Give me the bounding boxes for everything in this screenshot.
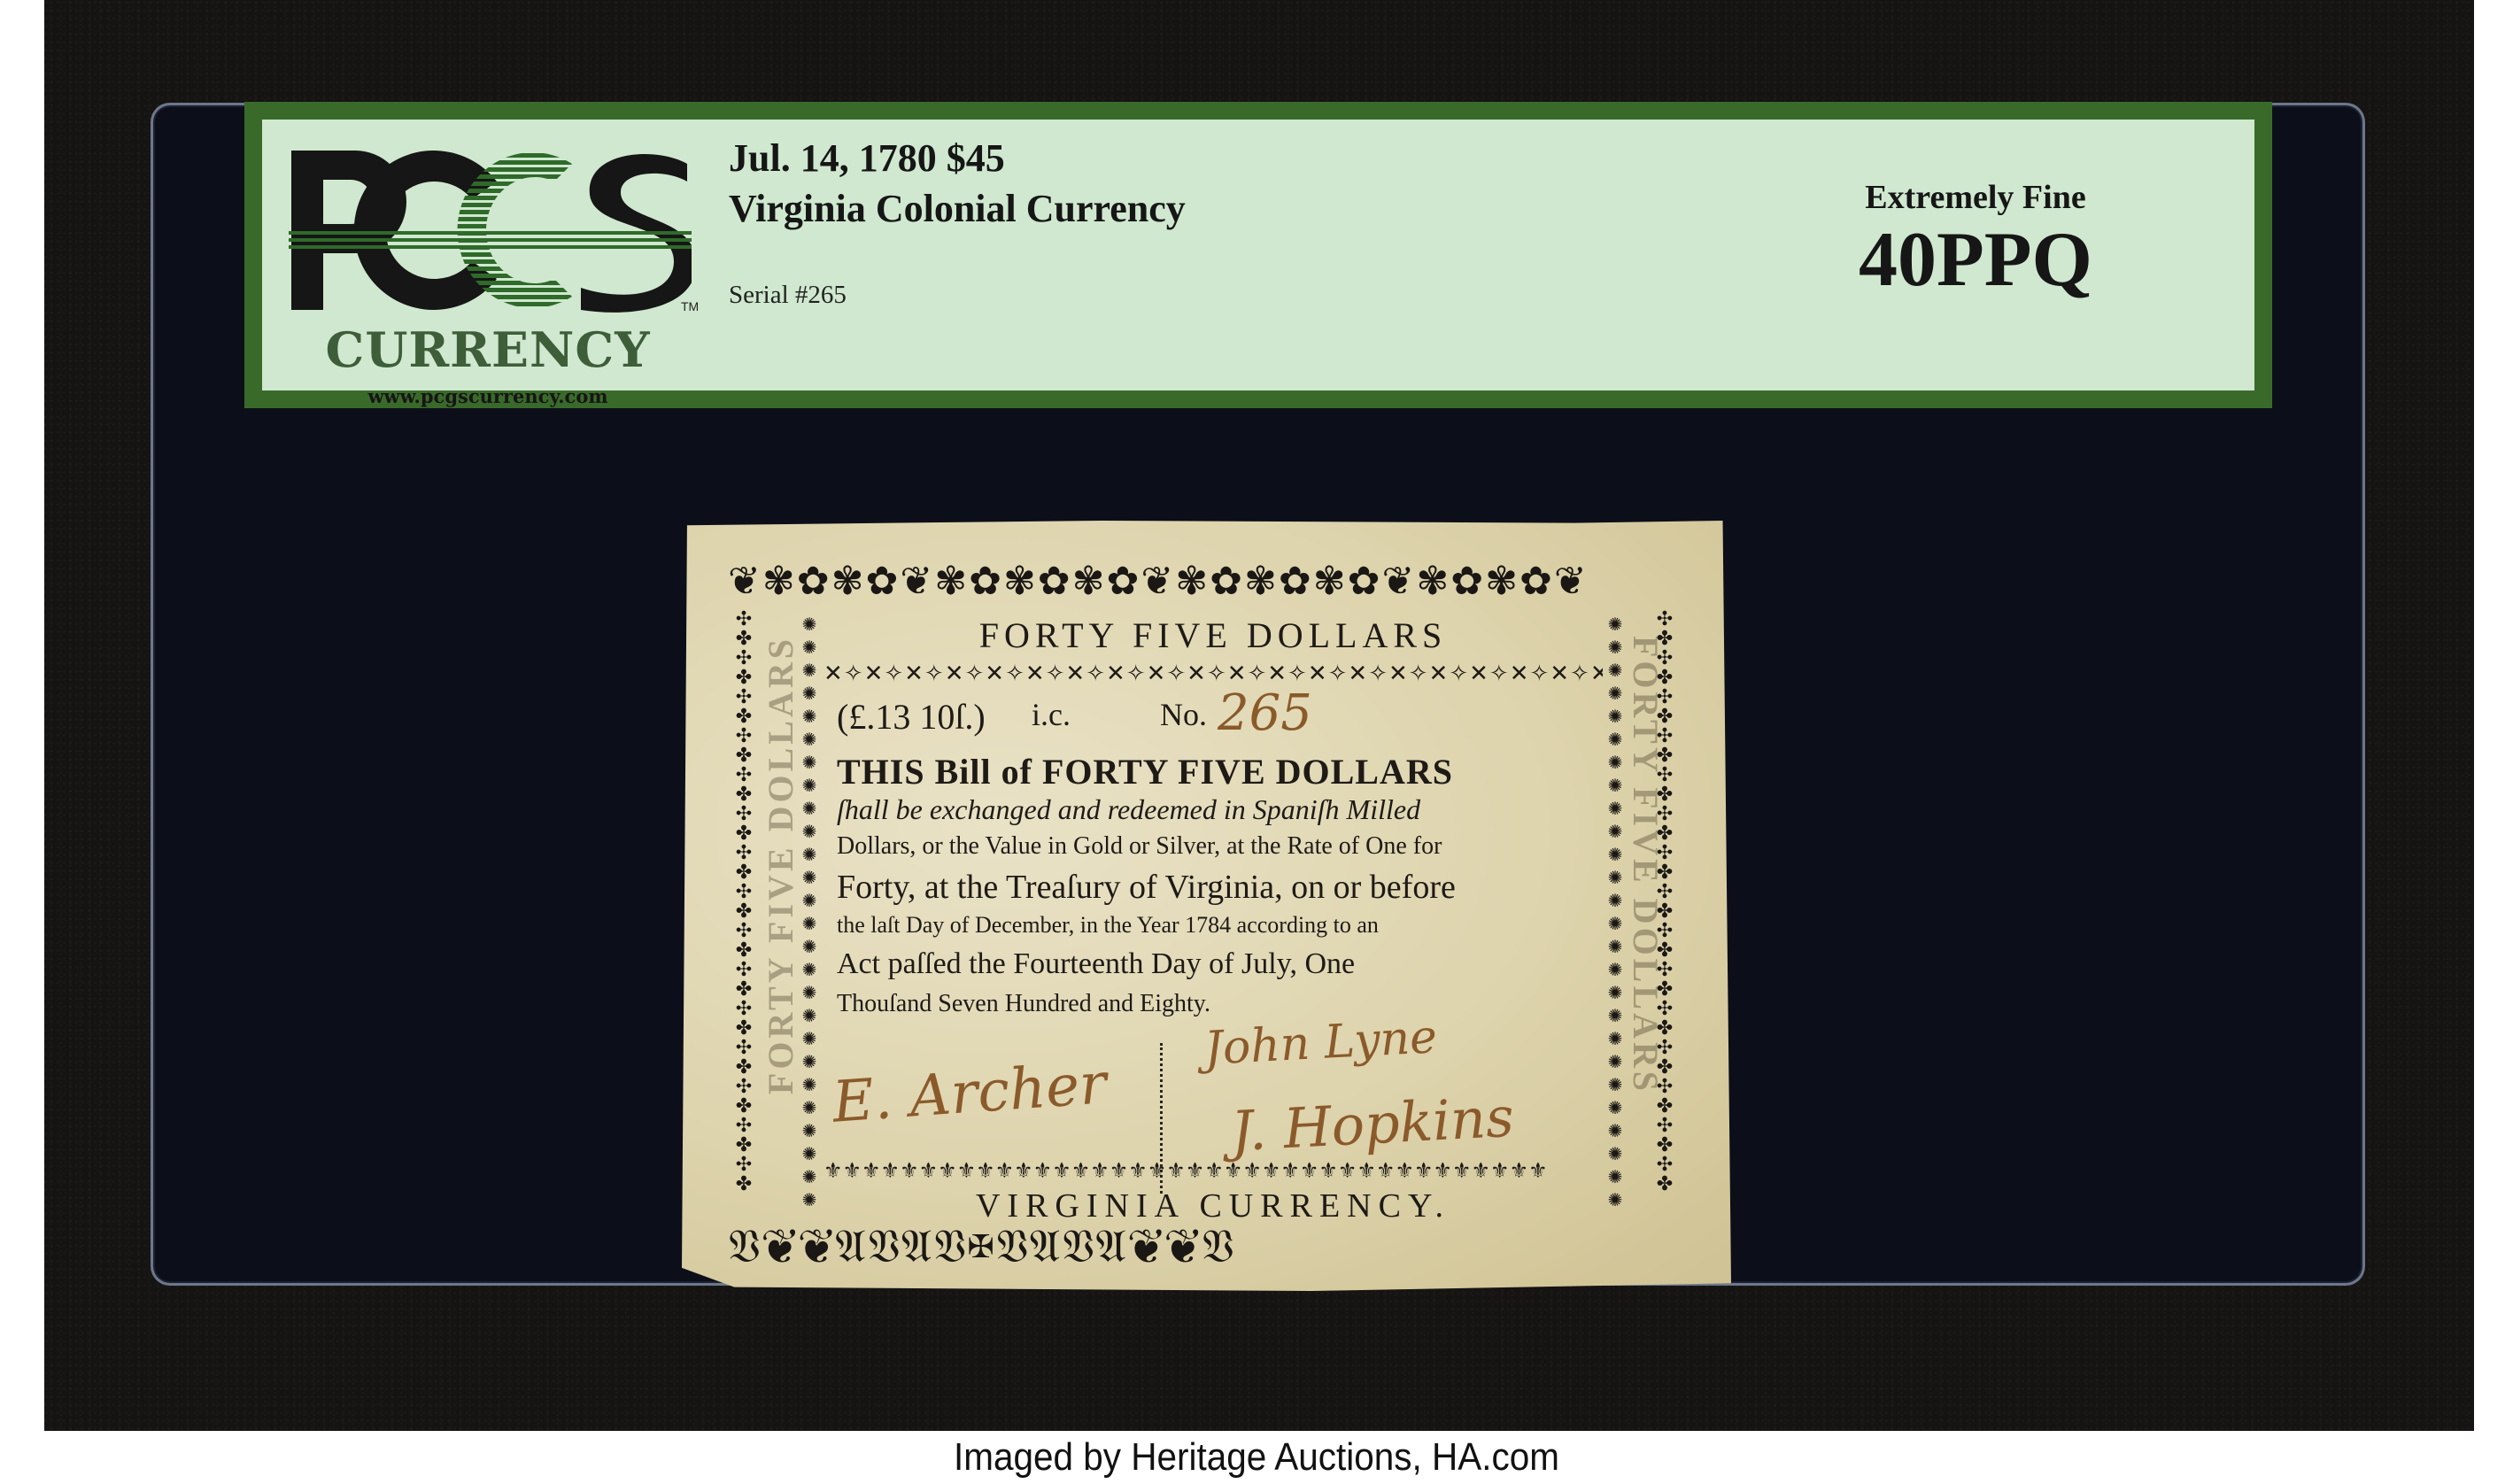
pcgs-logo-icon — [284, 146, 692, 314]
note-text-line: Thouſand Seven Hundred and Eighty. — [837, 990, 1616, 1018]
grade-value: 40PPQ — [1807, 215, 2144, 305]
fleur-de-lis-rule: ⚜⚜⚜⚜⚜⚜⚜⚜⚜⚜⚜⚜⚜⚜⚜⚜⚜⚜⚜⚜⚜⚜⚜⚜⚜⚜⚜⚜⚜⚜⚜⚜⚜⚜⚜⚜⚜⚜ — [823, 1158, 1603, 1184]
note-text-line: Act paſſed the Fourteenth Day of July, O… — [837, 947, 1616, 981]
grade-description: Extremely Fine — [1807, 178, 2144, 217]
serial-number: Serial #265 — [729, 281, 847, 310]
note-text-line: Forty, at the Treaſury of Virginia, on o… — [837, 868, 1616, 907]
label-panel: TM CURRENCY www.pcgscurrency.com Jul. 14… — [262, 120, 2254, 390]
signature: J. Hopkins — [1229, 1085, 1515, 1164]
ornamental-border-top: ❦✾✿✾✿❦✾✿✾✿✾✿❦✾✿✾✿✾✿❦✾✿✾✿❦ — [728, 554, 1684, 609]
border-text-right: FORTY FIVE DOLLARS — [1625, 636, 1666, 1094]
signature: John Lyne — [1203, 1010, 1439, 1076]
logo-currency-wordmark: CURRENCY — [280, 321, 695, 378]
ornamental-rule: ✕✧✕✧✕✧✕✧✕✧✕✧✕✧✕✧✕✧✕✧✕✧✕✧✕✧✕✧✕✧✕✧✕✧✕✧✕✧✕✧… — [823, 661, 1603, 687]
note-text-line: THIS Bill of FORTY FIVE DOLLARS — [837, 751, 1616, 792]
ornamental-border-bottom: 𝔙❦❦𝔄𝔙𝔄𝔙✠𝔙𝔄𝔙𝔄❦❦𝔙 — [728, 1220, 1684, 1282]
inner-border-right: ✺✺✺✺✺✺✺✺✺✺✺✺✺✺✺✺✺✺✺✺✺✺✺✺✺✺ — [1603, 614, 1628, 1207]
note-text-line: ſhall be exchanged and redeemed in Spani… — [837, 793, 1616, 826]
handwritten-serial: 265 — [1218, 684, 1312, 742]
note-text-line: Dollars, or the Value in Gold or Silver,… — [837, 832, 1616, 861]
initials: i.c. — [1032, 696, 1071, 733]
pcgs-grading-label: TM CURRENCY www.pcgscurrency.com Jul. 14… — [244, 102, 2272, 408]
ornamental-border-left: ✣✤✣✤✣✤✣✤✣✤✣✤✣✤✣✤✣✤✣✤✣✤✣✤✣✤✣✤✣✤ — [731, 609, 757, 1211]
note-text-line: the laſt Day of December, in the Year 17… — [837, 912, 1616, 939]
number-label: No. — [1160, 696, 1207, 733]
issue-title: Virginia Colonial Currency — [729, 186, 1186, 231]
pcgs-website-link[interactable]: www.pcgscurrency.com — [284, 385, 692, 407]
border-text-left: FORTY FIVE DOLLARS — [760, 636, 801, 1094]
banknote: ❦✾✿✾✿❦✾✿✾✿✾✿❦✾✿✾✿✾✿❦✾✿✾✿❦ ✣✤✣✤✣✤✣✤✣✤✣✤✣✤… — [682, 521, 1731, 1291]
pcgs-currency-logo: TM CURRENCY www.pcgscurrency.com — [284, 146, 692, 412]
sterling-value: (£.13 10ſ.) — [837, 696, 986, 738]
date-and-denomination: Jul. 14, 1780 $45 — [729, 135, 1005, 181]
image-credit: Imaged by Heritage Auctions, HA.com — [101, 1431, 2413, 1484]
note-heading: FORTY FIVE DOLLARS — [823, 614, 1603, 656]
signature: E. Archer — [831, 1051, 1109, 1135]
trademark-symbol: TM — [681, 299, 699, 313]
